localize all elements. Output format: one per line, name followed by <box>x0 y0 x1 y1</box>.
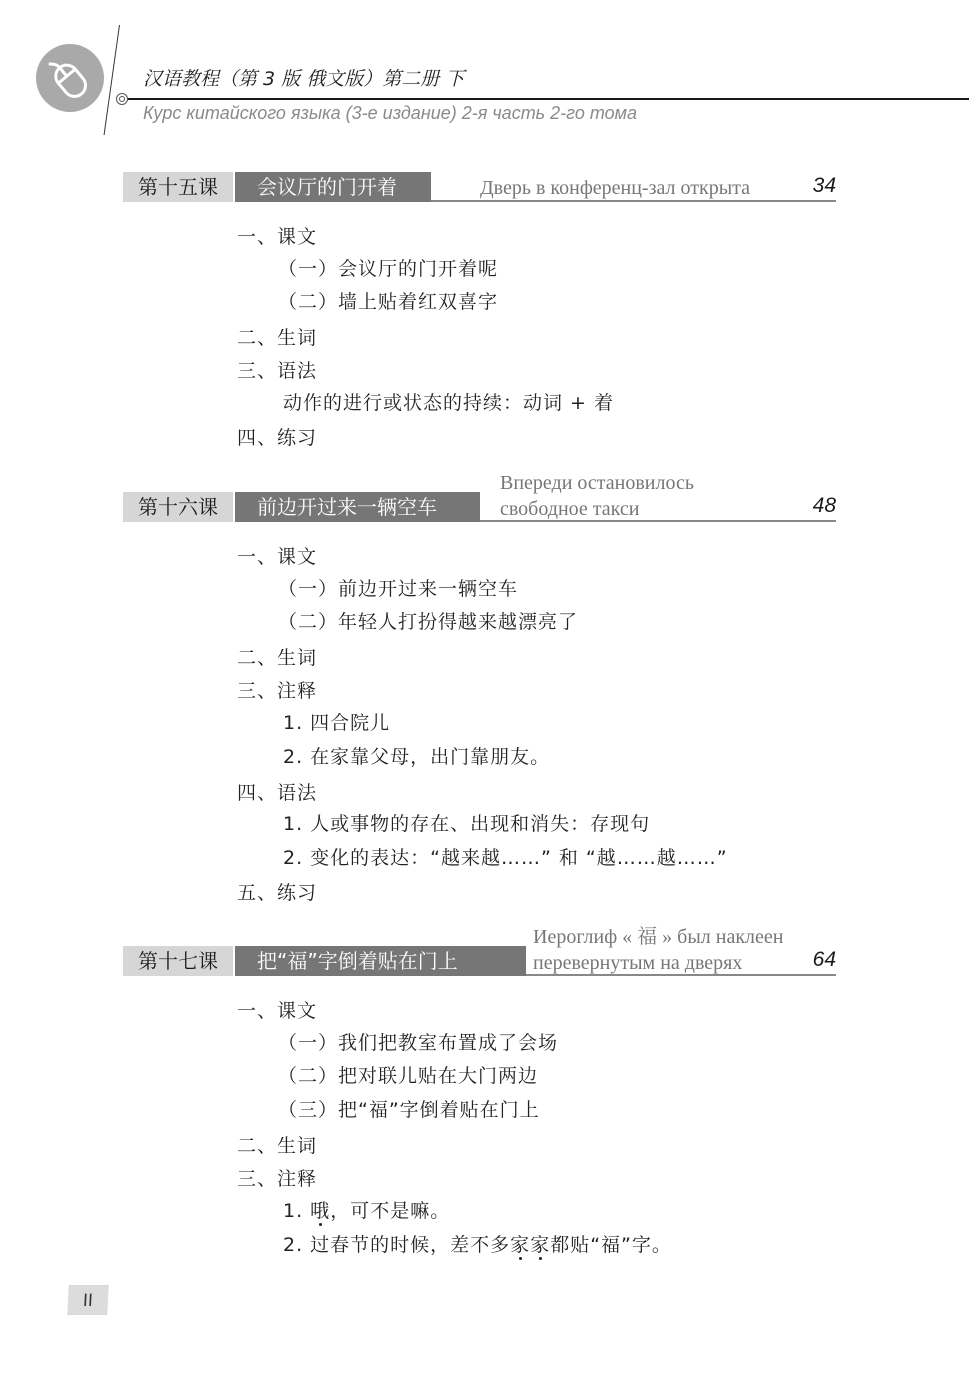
toc-item[interactable]: 2. 变化的表达：“越来越……” 和 “越……越……” <box>283 843 728 870</box>
toc-item[interactable]: 1. 哦，可不是嘛。 <box>283 1196 450 1223</box>
lesson-title-russian-line1: Впереди остановилось <box>500 470 694 496</box>
toc-item[interactable]: 五、练习 <box>237 878 317 905</box>
book-title-chinese: 汉语教程（第 3 版 俄文版）第二册 下 <box>143 64 464 91</box>
toc-item[interactable]: 二、生词 <box>237 323 317 350</box>
toc-item[interactable]: （二）把对联儿贴在大门两边 <box>278 1061 538 1088</box>
book-title-russian: Курс китайского языка (3-е издание) 2-я … <box>143 103 637 124</box>
emphasized-char: 家 <box>530 1234 550 1256</box>
lesson-title: 把“福”字倒着贴在门上 <box>235 946 526 976</box>
emphasized-char: 家 <box>510 1234 530 1256</box>
header-slant-line <box>104 25 120 135</box>
lesson-title-russian: Дверь в конференц-зал открыта <box>480 175 750 201</box>
toc-item[interactable]: 二、生词 <box>237 1131 317 1158</box>
logo-badge <box>36 44 104 112</box>
toc-item[interactable]: （三）把“福”字倒着贴在门上 <box>278 1095 540 1122</box>
toc-item[interactable]: （二）年轻人打扮得越来越漂亮了 <box>278 607 578 634</box>
toc-text: 1. <box>283 1200 310 1222</box>
toc-item[interactable]: （二）墙上贴着红双喜字 <box>278 287 498 314</box>
mouse-icon <box>36 44 104 112</box>
lesson-header-16[interactable]: 第十六课 前边开过来一辆空车 Впереди остановилось своб… <box>123 492 836 522</box>
lesson-number: 第十七课 <box>123 946 233 976</box>
lesson-header-15[interactable]: 第十五课 会议厅的门开着呢 Дверь в конференц-зал откр… <box>123 172 836 202</box>
lesson-page-number: 64 <box>813 948 836 972</box>
toc-item[interactable]: 二、生词 <box>237 643 317 670</box>
page-number-badge: II <box>67 1285 109 1315</box>
toc-item[interactable]: 一、课文 <box>237 542 317 569</box>
toc-item[interactable]: 四、语法 <box>237 778 317 805</box>
lesson-title-russian-line2: перевернутым на дверях <box>533 950 742 976</box>
toc-text: 2. 过春节的时候，差不多 <box>283 1234 510 1256</box>
toc-text: 都贴“福”字。 <box>550 1234 672 1256</box>
toc-item[interactable]: 2. 过春节的时候，差不多家家都贴“福”字。 <box>283 1230 672 1257</box>
lesson-header-17[interactable]: 第十七课 把“福”字倒着贴在门上 Иероглиф « 福 » был накл… <box>123 946 836 976</box>
lesson-number: 第十六课 <box>123 492 233 522</box>
toc-item[interactable]: 一、课文 <box>237 222 317 249</box>
lesson-title-russian-line2: свободное такси <box>500 496 639 522</box>
toc-item[interactable]: 动作的进行或状态的持续：动词 + 着 <box>283 388 614 415</box>
header-rule <box>127 98 969 100</box>
toc-item[interactable]: （一）前边开过来一辆空车 <box>278 574 518 601</box>
toc-item[interactable]: 1. 四合院儿 <box>283 708 390 735</box>
lesson-title: 前边开过来一辆空车 <box>235 492 480 522</box>
toc-item[interactable]: 一、课文 <box>237 996 317 1023</box>
emphasized-char: 哦 <box>310 1200 330 1222</box>
lesson-page-number: 48 <box>813 494 836 518</box>
toc-item[interactable]: 三、注释 <box>237 676 317 703</box>
lesson-title: 会议厅的门开着呢 <box>235 172 431 202</box>
ring-ornament <box>116 93 128 105</box>
toc-text: ，可不是嘛。 <box>330 1200 450 1222</box>
lesson-title-russian-line1: Иероглиф « 福 » был наклеен <box>533 924 783 950</box>
toc-item[interactable]: 2. 在家靠父母，出门靠朋友。 <box>283 742 550 769</box>
toc-item[interactable]: （一）我们把教室布置成了会场 <box>278 1028 558 1055</box>
toc-item[interactable]: 四、练习 <box>237 423 317 450</box>
toc-item[interactable]: 三、语法 <box>237 356 317 383</box>
toc-item[interactable]: 1. 人或事物的存在、出现和消失：存现句 <box>283 809 650 836</box>
lesson-page-number: 34 <box>813 174 836 198</box>
lesson-number: 第十五课 <box>123 172 233 202</box>
toc-item[interactable]: （一）会议厅的门开着呢 <box>278 254 498 281</box>
toc-item[interactable]: 三、注释 <box>237 1164 317 1191</box>
